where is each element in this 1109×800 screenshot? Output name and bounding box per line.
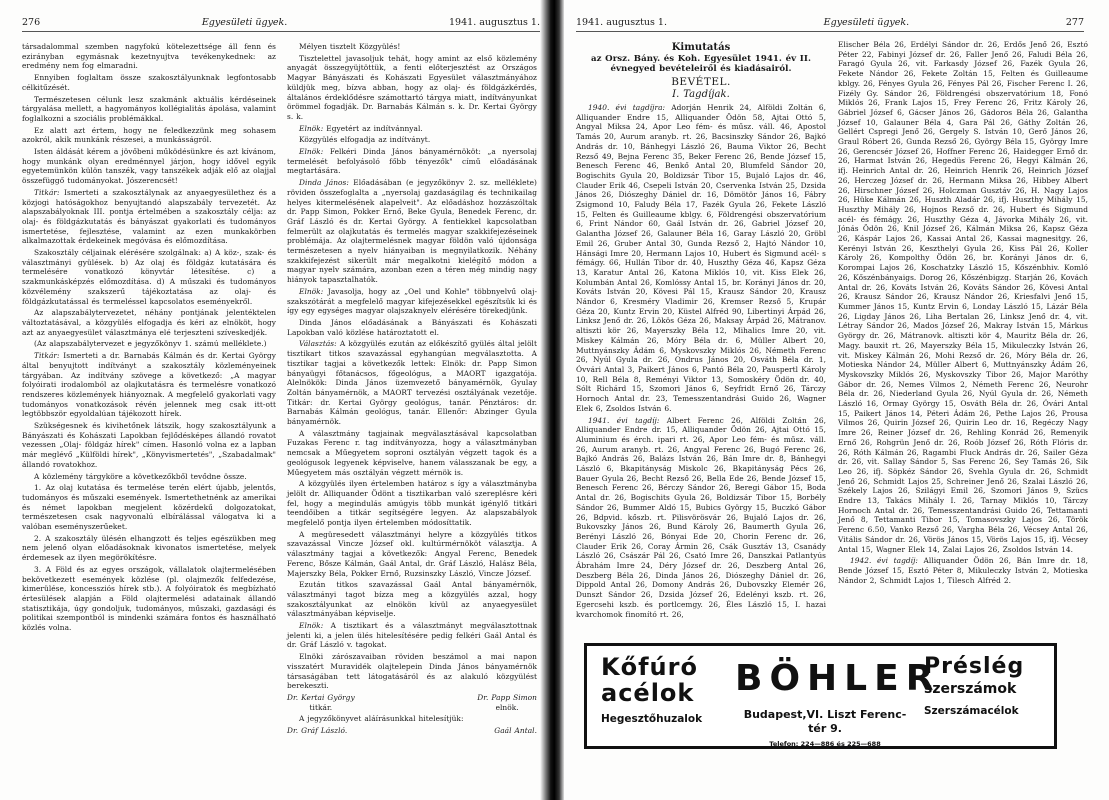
president-role: elnök.	[477, 703, 537, 713]
ad-left-line2: acélok	[601, 680, 726, 706]
left-page-number: 276	[22, 17, 40, 28]
left-running-title: Egyesületi ügyek.	[202, 17, 288, 28]
section-heading: BEVÉTEL.	[576, 76, 826, 89]
left-column-2-body: Mélyen tisztelt Közgyülés!Tisztelettel j…	[287, 42, 537, 691]
ad-brand: BÖHLER	[735, 658, 915, 700]
right-date: 1941. augusztus 1.	[576, 17, 667, 28]
paragraph: Tisztelettel javasoljuk tehát, hogy amin…	[287, 54, 537, 122]
left-page: 276 Egyesületi ügyek. 1941. augusztus 1.…	[0, 0, 556, 800]
ad-center-block: BÖHLER Budapest,VI. Liszt Ferenc-tér 9. …	[735, 658, 915, 749]
paragraph: Titkár: Ismerteti a szakosztálynak az an…	[22, 188, 276, 246]
paragraph: Ez alatt azt értem, hogy ne feledkezzünk…	[22, 126, 276, 145]
paragraph: 1. Az olaj kutatása és termelése terén e…	[22, 483, 276, 532]
auth-signature-left: Dr. Gráf László.	[287, 726, 347, 736]
authentication-line: A jegyzőkönyvet aláírásunkkal hitelesítj…	[287, 714, 537, 724]
secretary-signature: Dr. Kertai György titkár.	[287, 693, 355, 712]
secretary-role: titkár.	[287, 703, 355, 713]
paragraph: A közgyülés ilyen értelemben határoz s í…	[287, 479, 537, 528]
ad-right-line1: Préslég	[924, 654, 1049, 680]
president-name: Dr. Papp Simon	[477, 693, 537, 702]
subsection-heading: I. Tagdíjak.	[576, 89, 826, 101]
paragraph: Mélyen tisztelt Közgyülés!	[287, 42, 537, 52]
left-column-1: társadalommal szemben nagyfokú kötelezet…	[22, 42, 276, 635]
bohler-advertisement: Kőfúró acélok Hegesztőhuzalok BÖHLER Bud…	[584, 643, 1057, 749]
right-column-2: Elischer Béla 26, Erdélyi Sándor dr. 26,…	[838, 40, 1088, 587]
paragraph: Az alapszabálytervezetet, néhány pontján…	[22, 308, 276, 337]
report-title: Kimutatás	[576, 42, 826, 54]
right-running-header: 1941. augusztus 1. Egyesületi ügyek. 277	[576, 14, 1084, 32]
ad-left-block: Kőfúró acélok Hegesztőhuzalok	[601, 654, 726, 726]
right-page-number: 277	[1066, 17, 1084, 28]
left-date: 1941. augusztus 1.	[449, 17, 540, 28]
paragraph: Dinda János előadásának a Bányászati és …	[287, 318, 537, 337]
paragraph: Isten áldását kérem a jövőbeni működésün…	[22, 147, 276, 186]
auth-signature-right: Gaál Antal.	[494, 726, 537, 736]
report-subtitle: az Orsz. Bány. és Koh. Egyesület 1941. é…	[576, 54, 826, 74]
signature-row: Dr. Kertai György titkár. Dr. Papp Simon…	[287, 693, 537, 712]
right-column-1-body: 1940. évi tagdíjra: Adorján Henrik 24, A…	[576, 103, 826, 619]
paragraph: Elnök: A tisztikart és a választmányt me…	[287, 621, 537, 650]
secretary-name: Dr. Kertai György	[287, 693, 355, 702]
paragraph: 2. A szakosztály ülésén elhangzott és te…	[22, 534, 276, 563]
ad-address: Budapest,VI. Liszt Ferenc-tér 9.	[735, 708, 915, 736]
report-heading: Kimutatás az Orsz. Bány. és Koh. Egyesül…	[576, 42, 826, 101]
paragraph: Természetesen célunk lesz szakmánk aktuá…	[22, 95, 276, 124]
dues-list-paragraph: 1941. évi tagdíj: Albert Ferenc 26, Alfö…	[576, 416, 826, 620]
paragraph: A közlemény tárgyköre a következőkből te…	[22, 472, 276, 482]
paragraph: Elnök: Egyetért az indítvánnyal.	[287, 124, 537, 134]
authentication-signatures: Dr. Gráf László. Gaál Antal.	[287, 726, 537, 736]
paragraph: Közgyülés elfogadja az indítványt.	[287, 135, 537, 145]
paragraph: Elnök: Javasolja, hogy az „Oel und Kohle…	[287, 287, 537, 316]
paragraph: Választás: A közgyülés ezután az előkész…	[287, 339, 537, 426]
right-page: 1941. augusztus 1. Egyesületi ügyek. 277…	[556, 0, 1109, 800]
paragraph: A választmány tagjainak megválasztásával…	[287, 429, 537, 478]
right-column-1: Kimutatás az Orsz. Bány. és Koh. Egyesül…	[576, 42, 826, 621]
left-column-2: Mélyen tisztelt Közgyülés!Tisztelettel j…	[287, 42, 537, 738]
paragraph: Szükségesnek és kivihetőnek látszik, hog…	[22, 421, 276, 470]
dues-list-paragraph: Elischer Béla 26, Erdélyi Sándor dr. 26,…	[838, 40, 1088, 554]
paragraph: (Az alapszabálytervezet e jegyzőkönyv 1.…	[22, 339, 276, 349]
right-running-title: Egyesületi ügyek.	[824, 17, 910, 28]
ad-right-block: Préslég szerszámok Szerszámacélok	[924, 654, 1049, 718]
paragraph: Ennyiben foglaltam össze szakosztályunkn…	[22, 73, 276, 92]
ad-left-line3: Hegesztőhuzalok	[601, 712, 726, 726]
president-signature: Dr. Papp Simon elnök.	[477, 693, 537, 712]
paragraph: 3. A Föld és az egyes országok, vállalat…	[22, 565, 276, 633]
paragraph: Titkár: Ismerteti a dr. Barnabás Kálmán …	[22, 351, 276, 419]
ad-left-line1: Kőfúró	[601, 654, 726, 680]
paragraph: Dinda János: Előadásában (e jegyzőkönyv …	[287, 178, 537, 285]
paragraph: Elnök: Felkéri Dinda János bányamérnököt…	[287, 147, 537, 176]
paragraph: Ezután titkos szavazással Gaál Antal bán…	[287, 580, 537, 619]
left-running-header: 276 Egyesületi ügyek. 1941. augusztus 1.	[22, 14, 540, 32]
paragraph: Szakosztály céljainak elérésére szolgáln…	[22, 248, 276, 306]
ad-right-line2: szerszámok	[924, 680, 1049, 698]
paragraph: Elnöki zárószavaiban röviden beszámol a …	[287, 652, 537, 691]
paragraph: társadalommal szemben nagyfokú kötelezet…	[22, 42, 276, 71]
book-gutter	[540, 0, 564, 800]
dues-list-paragraph: 1940. évi tagdíjra: Adorján Henrik 24, A…	[576, 103, 826, 414]
dues-list-paragraph: 1942. évi tagdíj: Alliquander Ödön 26, B…	[838, 556, 1088, 585]
ad-phone: Telefon: 224—886 és 225—688	[735, 740, 915, 749]
ad-right-line3: Szerszámacélok	[924, 704, 1049, 718]
paragraph: A megüresedett választmányi helyre a köz…	[287, 530, 537, 579]
